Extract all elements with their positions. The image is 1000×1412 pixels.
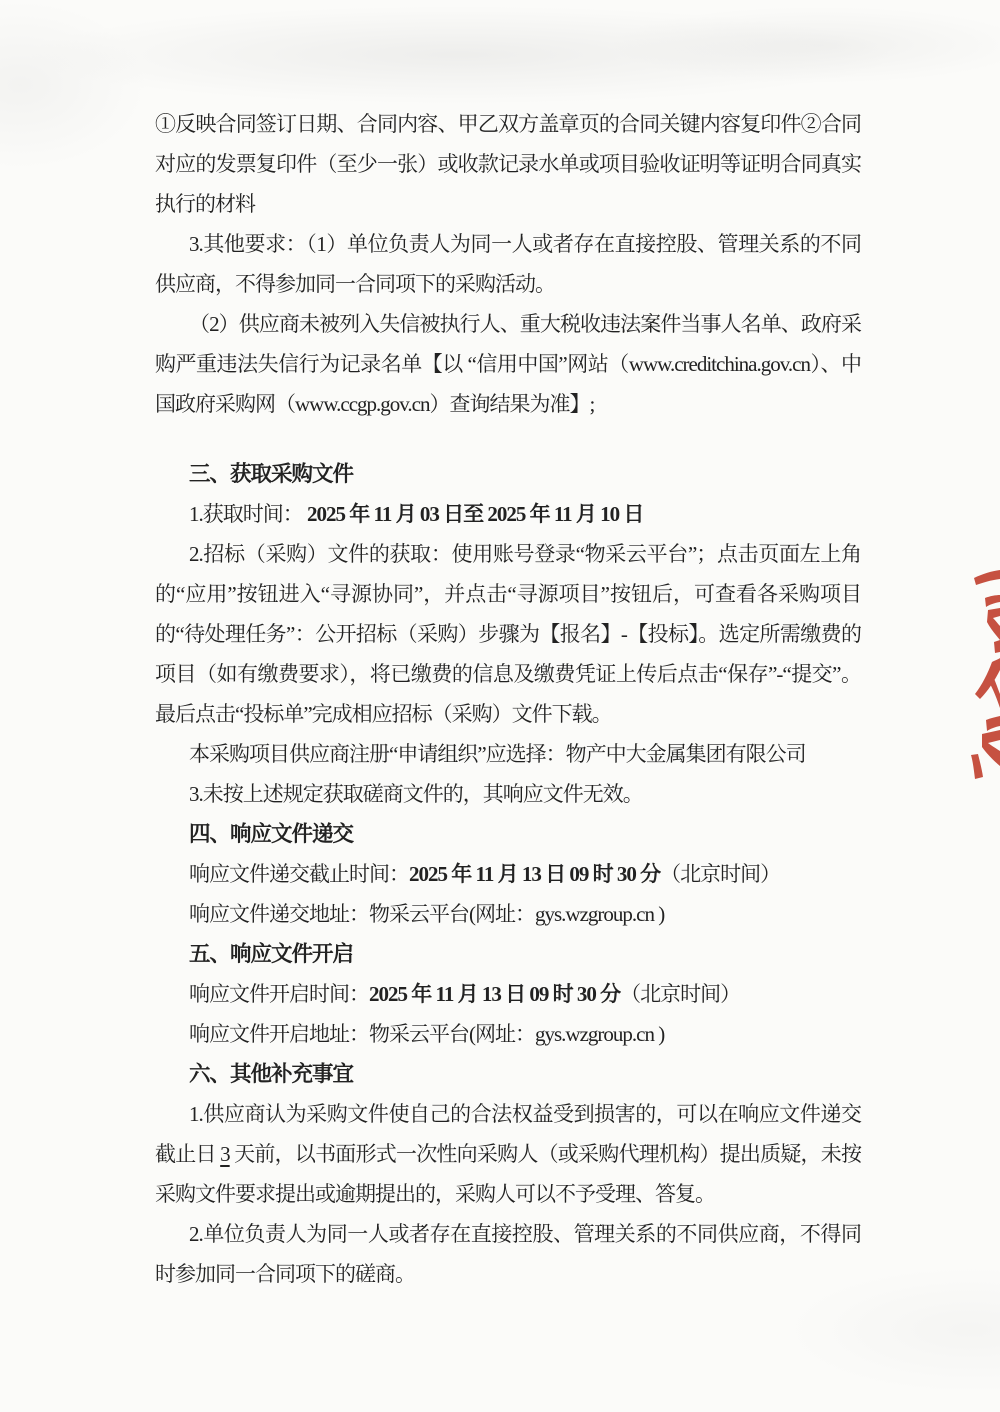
text-run: 1.获取时间： <box>189 502 307 526</box>
paragraph-opening-address: 响应文件开启地址：物采云平台(网址：gys.wzgroup.cn ) <box>155 1014 861 1054</box>
paragraph-dispute-procedure: 1.供应商认为采购文件使自己的合法权益受到损害的，可以在响应文件递交截止日 3 … <box>155 1094 861 1214</box>
scanned-document-page: ①反映合同签订日期、合同内容、甲乙双方盖章页的合同关键内容复印件②合同对应的发票… <box>0 0 1000 1412</box>
paragraph-other-requirements: 3.其他要求：（1）单位负责人为同一人或者存在直接控股、管理关系的不同供应商，不… <box>155 224 861 304</box>
heading-obtain-documents: 三、获取采购文件 <box>155 454 861 494</box>
paragraph-credit-check: （2）供应商未被列入失信被执行人、重大税收违法案件当事人名单、政府采购严重违法失… <box>155 304 861 424</box>
heading-other-matters: 六、其他补充事宜 <box>155 1054 861 1094</box>
obtain-date-range: 2025 年 11 月 03 日至 2025 年 11 月 10 日 <box>307 502 643 526</box>
text-run: 响应文件开启时间： <box>189 982 369 1006</box>
paragraph-submission-deadline: 响应文件递交截止时间：2025 年 11 月 13 日 09 时 30 分（北京… <box>155 854 861 894</box>
paragraph-opening-time: 响应文件开启时间：2025 年 11 月 13 日 09 时 30 分（北京时间… <box>155 974 861 1014</box>
submission-deadline-datetime: 2025 年 11 月 13 日 09 时 30 分 <box>409 862 660 886</box>
opening-datetime: 2025 年 11 月 13 日 09 时 30 分 <box>369 982 620 1006</box>
document-body: ①反映合同签订日期、合同内容、甲乙双方盖章页的合同关键内容复印件②合同对应的发票… <box>155 104 861 1294</box>
text-run: （北京时间） <box>660 862 780 886</box>
paragraph-submission-address: 响应文件递交地址：物采云平台(网址：gys.wzgroup.cn ) <box>155 894 861 934</box>
official-seal-fragment-icon <box>958 558 1000 798</box>
paragraph-register-organization: 本采购项目供应商注册“申请组织”应选择：物产中大金属集团有限公司 <box>155 734 861 774</box>
heading-response-submission: 四、响应文件递交 <box>155 814 861 854</box>
paragraph-obtain-time: 1.获取时间： 2025 年 11 月 03 日至 2025 年 11 月 10… <box>155 494 861 534</box>
paragraph-same-person-restriction: 2.单位负责人为同一人或者存在直接控股、管理关系的不同供应商，不得同时参加同一合… <box>155 1214 861 1294</box>
dispute-days-number: 3 <box>220 1142 230 1166</box>
text-run: （北京时间） <box>620 982 740 1006</box>
paragraph-obtain-method: 2.招标（采购）文件的获取：使用账号登录“物采云平台”；点击页面左上角的“应用”… <box>155 534 861 734</box>
heading-response-opening: 五、响应文件开启 <box>155 934 861 974</box>
text-run: 响应文件递交截止时间： <box>189 862 409 886</box>
paragraph-contract-evidence: ①反映合同签订日期、合同内容、甲乙双方盖章页的合同关键内容复印件②合同对应的发票… <box>155 104 861 224</box>
text-run: 天前，以书面形式一次性向采购人（或采购代理机构）提出质疑，未按采购文件要求提出或… <box>155 1142 861 1206</box>
paragraph-invalid-response: 3.未按上述规定获取磋商文件的，其响应文件无效。 <box>155 774 861 814</box>
